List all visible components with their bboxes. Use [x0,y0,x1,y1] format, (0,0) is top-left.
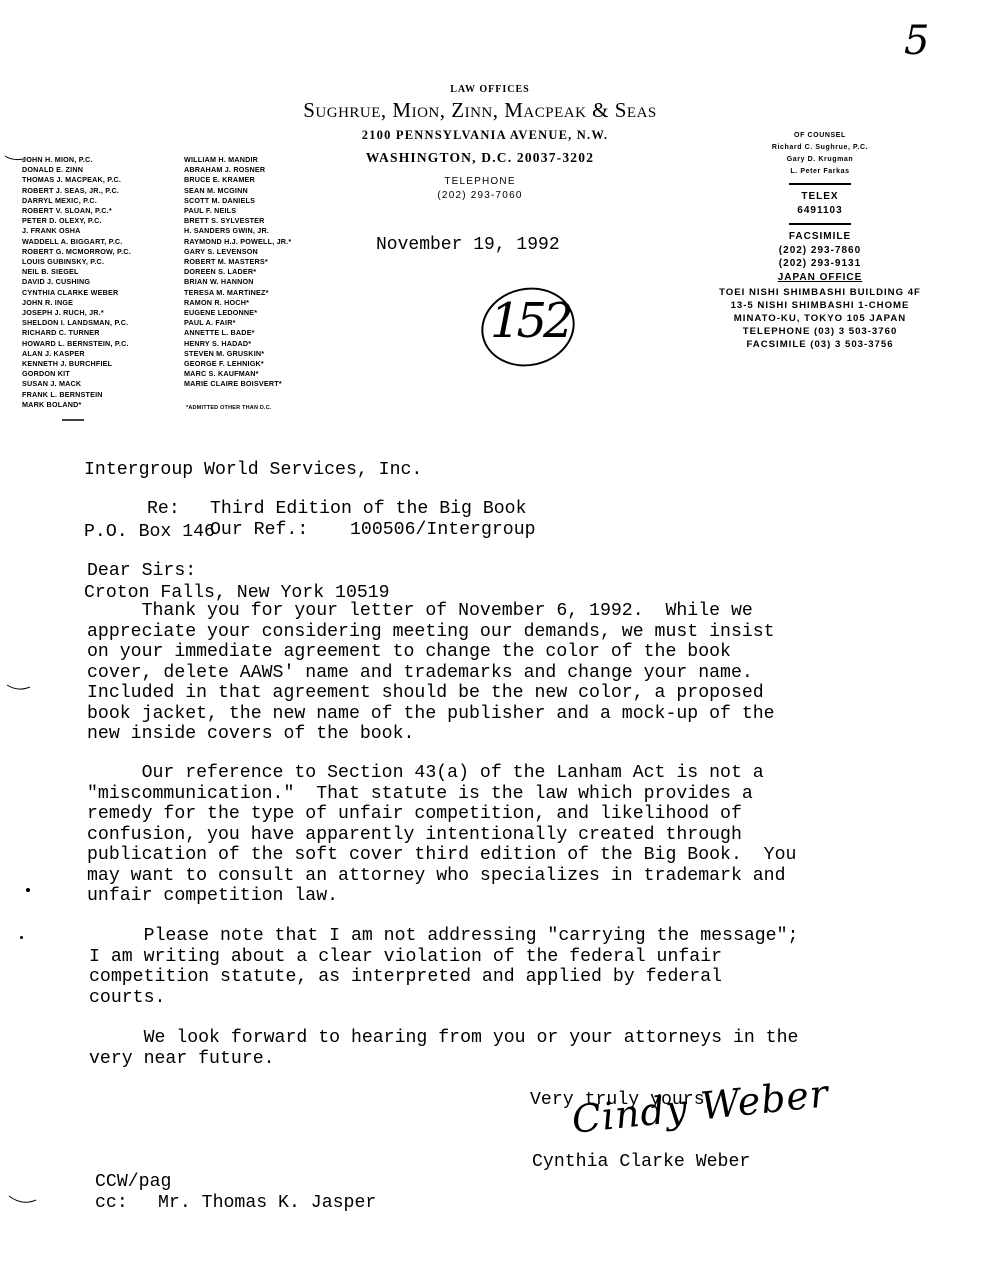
margin-dot-icon [26,888,30,892]
japan-office-line: TELEPHONE (03) 3 503-3760 [700,325,940,338]
partner-name: Sheldon I. Landsman, P.C. [22,318,131,328]
partner-name: Louis Gubinsky, P.C. [22,257,131,267]
margin-mark-icon [6,684,32,692]
recipient-line: Intergroup World Services, Inc. [84,460,422,481]
partner-name: Robert V. Sloan, P.C.* [22,206,131,216]
margin-dot-icon [20,936,23,939]
partner-name: John H. Mion, P.C. [22,155,131,165]
paragraph-line: Thank you for your letter of November 6,… [87,601,775,622]
paragraph-line: confusion, you have apparently intention… [87,825,796,846]
partner-name: Abraham J. Rosner [184,165,291,175]
partner-name: Raymond H.J. Powell, Jr.* [184,237,291,247]
partner-name: David J. Cushing [22,277,131,287]
partner-name: Sean M. McGinn [184,186,291,196]
partner-name: Kenneth J. Burchfiel [22,359,131,369]
margin-mark-icon [8,1194,38,1206]
margin-mark-icon [4,154,26,162]
partner-name: Brian W. Hannon [184,277,291,287]
paragraph-line: book jacket, the new name of the publish… [87,704,775,725]
paragraph-line: Please note that I am not addressing "ca… [89,926,798,947]
typist-initials: CCW/pag [95,1172,171,1193]
partner-name: Teresa M. Martinez* [184,288,291,298]
handwritten-page-number: 5 [904,18,929,64]
partner-name: Thomas J. Macpeak, P.C. [22,175,131,185]
partner-name: John R. Inge [22,298,131,308]
partner-name: Brett S. Sylvester [184,216,291,226]
partner-name: Waddell A. Biggart, P.C. [22,237,131,247]
partners-footnote: *Admitted other than D.C. [186,403,272,413]
partner-name: Peter D. Olexy, P.C. [22,216,131,226]
partner-name: Robert J. Seas, Jr., P.C. [22,186,131,196]
partner-name: Darryl Mexic, P.C. [22,196,131,206]
partner-name: Richard C. Turner [22,328,131,338]
firm-address-line2: WASHINGTON, D.C. 20037-3202 [260,150,700,166]
partner-name: Doreen S. Lader* [184,267,291,277]
facsimile-number: (202) 293-7860 [700,244,940,257]
telephone-number: (202) 293-7060 [370,190,590,201]
divider [789,223,851,225]
partners-list-column-1: John H. Mion, P.C.Donald E. ZinnThomas J… [22,155,131,410]
partner-name: Susan J. Mack [22,379,131,389]
letter-date: November 19, 1992 [376,235,560,255]
body-paragraph-1: Thank you for your letter of November 6,… [87,601,775,745]
circled-number-annotation: 152 [478,283,578,369]
paragraph-line: may want to consult an attorney who spec… [87,866,796,887]
telex-label: TELEX [700,190,940,204]
partner-name: Joseph J. Ruch, Jr.* [22,308,131,318]
paragraph-line: publication of the soft cover third edit… [87,845,796,866]
paragraph-line: on your immediate agreement to change th… [87,642,775,663]
partner-name: Scott M. Daniels [184,196,291,206]
ref-value: 100506/Intergroup [350,520,536,541]
law-offices-label: LAW OFFICES [270,84,710,95]
right-column-info: OF COUNSEL Richard C. Sughrue, P.C. Gary… [700,130,940,351]
partner-name: Marc S. Kaufman* [184,369,291,379]
body-paragraph-2: Our reference to Section 43(a) of the La… [87,763,796,907]
firm-name: Sughrue, Mion, Zinn, Macpeak & Seas [260,98,700,123]
body-paragraph-3: Please note that I am not addressing "ca… [89,926,798,1008]
partner-name: Frank L. Bernstein [22,390,131,400]
firm-address-line1: 2100 PENNSYLVANIA AVENUE, N.W. [270,128,700,143]
partner-name: Ramon R. Hoch* [184,298,291,308]
partners-list-column-2: William H. MandirAbraham J. RosnerBruce … [184,155,291,390]
partner-name: Marie Claire Boisvert* [184,379,291,389]
partner-name: Robert G. McMorrow, P.C. [22,247,131,257]
japan-office-line: FACSIMILE (03) 3 503-3756 [700,338,940,351]
partner-name: Donald E. Zinn [22,165,131,175]
partner-name: William H. Mandir [184,155,291,165]
telex-number: 6491103 [700,204,940,218]
partner-name: Steven M. Gruskin* [184,349,291,359]
re-label: Re: [147,499,180,520]
paragraph-line: Included in that agreement should be the… [87,683,775,704]
margin-mark-icon [62,418,86,422]
japan-office-line: 13-5 NISHI SHIMBASHI 1-CHOME [700,299,940,312]
paragraph-line: competition statute, as interpreted and … [89,967,798,988]
paragraph-line: appreciate your considering meeting our … [87,622,775,643]
partner-name: Eugene Ledonne* [184,308,291,318]
paragraph-line: I am writing about a clear violation of … [89,947,798,968]
salutation: Dear Sirs: [87,561,196,582]
paragraph-line: courts. [89,988,798,1009]
partner-name: Alan J. Kasper [22,349,131,359]
partner-name: Paul A. Fair* [184,318,291,328]
of-counsel-name: Richard C. Sughrue, P.C. [700,142,940,154]
japan-office-label: JAPAN OFFICE [700,270,940,286]
partner-name: Mark Boland* [22,400,131,410]
cc-label: cc: [95,1193,128,1214]
partner-name: George F. Lehnigk* [184,359,291,369]
partner-name: H. Sanders Gwin, Jr. [184,226,291,236]
paragraph-line: new inside covers of the book. [87,724,775,745]
paragraph-line: remedy for the type of unfair competitio… [87,804,796,825]
facsimile-label: FACSIMILE [700,230,940,244]
partner-name: Gordon Kit [22,369,131,379]
of-counsel-name: L. Peter Farkas [700,166,940,178]
partner-name: Bruce E. Kramer [184,175,291,185]
divider [789,183,851,185]
telephone-label: TELEPHONE [370,176,590,187]
partner-name: Annette L. Bade* [184,328,291,338]
partner-name: Howard L. Bernstein, P.C. [22,339,131,349]
cc-name: Mr. Thomas K. Jasper [158,1193,376,1214]
paragraph-line: cover, delete AAWS' name and trademarks … [87,663,775,684]
paragraph-line: We look forward to hearing from you or y… [89,1028,798,1049]
of-counsel-label: OF COUNSEL [700,130,940,142]
paragraph-line: very near future. [89,1049,798,1070]
paragraph-line: Our reference to Section 43(a) of the La… [87,763,796,784]
partner-name: Paul F. Neils [184,206,291,216]
facsimile-number: (202) 293-9131 [700,257,940,270]
re-subject: Third Edition of the Big Book [210,499,527,520]
partner-name: J. Frank Osha [22,226,131,236]
partner-name: Henry S. Hadad* [184,339,291,349]
paragraph-line: unfair competition law. [87,886,796,907]
partner-name: Neil B. Siegel [22,267,131,277]
paragraph-line: "miscommunication." That statute is the … [87,784,796,805]
ref-label: Our Ref.: [210,520,308,541]
partner-name: Robert M. Masters* [184,257,291,267]
japan-office-line: MINATO-KU, TOKYO 105 JAPAN [700,312,940,325]
signer-name: Cynthia Clarke Weber [532,1152,750,1173]
partner-name: Gary S. Levenson [184,247,291,257]
handwritten-signature: Cindy Weber [570,1071,831,1142]
partner-name: Cynthia Clarke Weber [22,288,131,298]
body-paragraph-4: We look forward to hearing from you or y… [89,1028,798,1069]
japan-office-line: TOEI NISHI SHIMBASHI BUILDING 4F [700,286,940,299]
of-counsel-name: Gary D. Krugman [700,154,940,166]
